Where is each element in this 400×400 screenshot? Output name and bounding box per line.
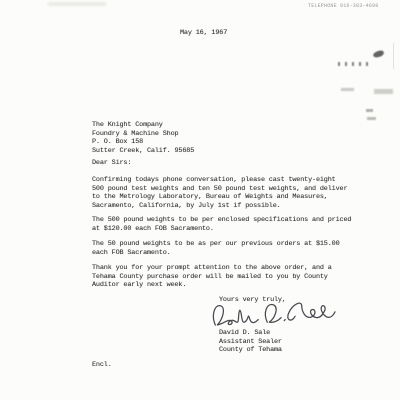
- body-paragraph-2: The 500 pound weights to be per enclosed…: [92, 216, 351, 233]
- scan-artifact: [338, 62, 368, 66]
- scan-artifact: [374, 89, 393, 94]
- signature-script-icon: [206, 295, 339, 334]
- letterhead-phone: TELEPHONE 916-383-4698: [308, 3, 378, 9]
- scan-artifact: [367, 117, 376, 120]
- body-paragraph-4: Thank you for your prompt attention to t…: [92, 264, 332, 290]
- salutation: Dear Sirs:: [92, 159, 131, 168]
- scan-artifact: [372, 50, 384, 58]
- scan-artifact: [393, 43, 394, 69]
- sender-block: David D. Sale Assistant Sealer County of…: [219, 329, 282, 355]
- recipient-address: The Knight Company Foundry & Machine Sho…: [92, 121, 194, 156]
- body-paragraph-3: The 50 pound weights to be as per our pr…: [92, 240, 340, 257]
- letter-page: TELEPHONE 916-383-4698 May 16, 1967 The …: [0, 0, 400, 400]
- date-line: May 16, 1967: [180, 29, 227, 38]
- enclosure-note: Encl.: [92, 361, 112, 370]
- scan-artifact: [366, 109, 373, 112]
- body-paragraph-1: Confirming todays phone conversation, pl…: [92, 176, 347, 211]
- scan-artifact: [48, 2, 106, 6]
- scan-artifact: [341, 88, 354, 91]
